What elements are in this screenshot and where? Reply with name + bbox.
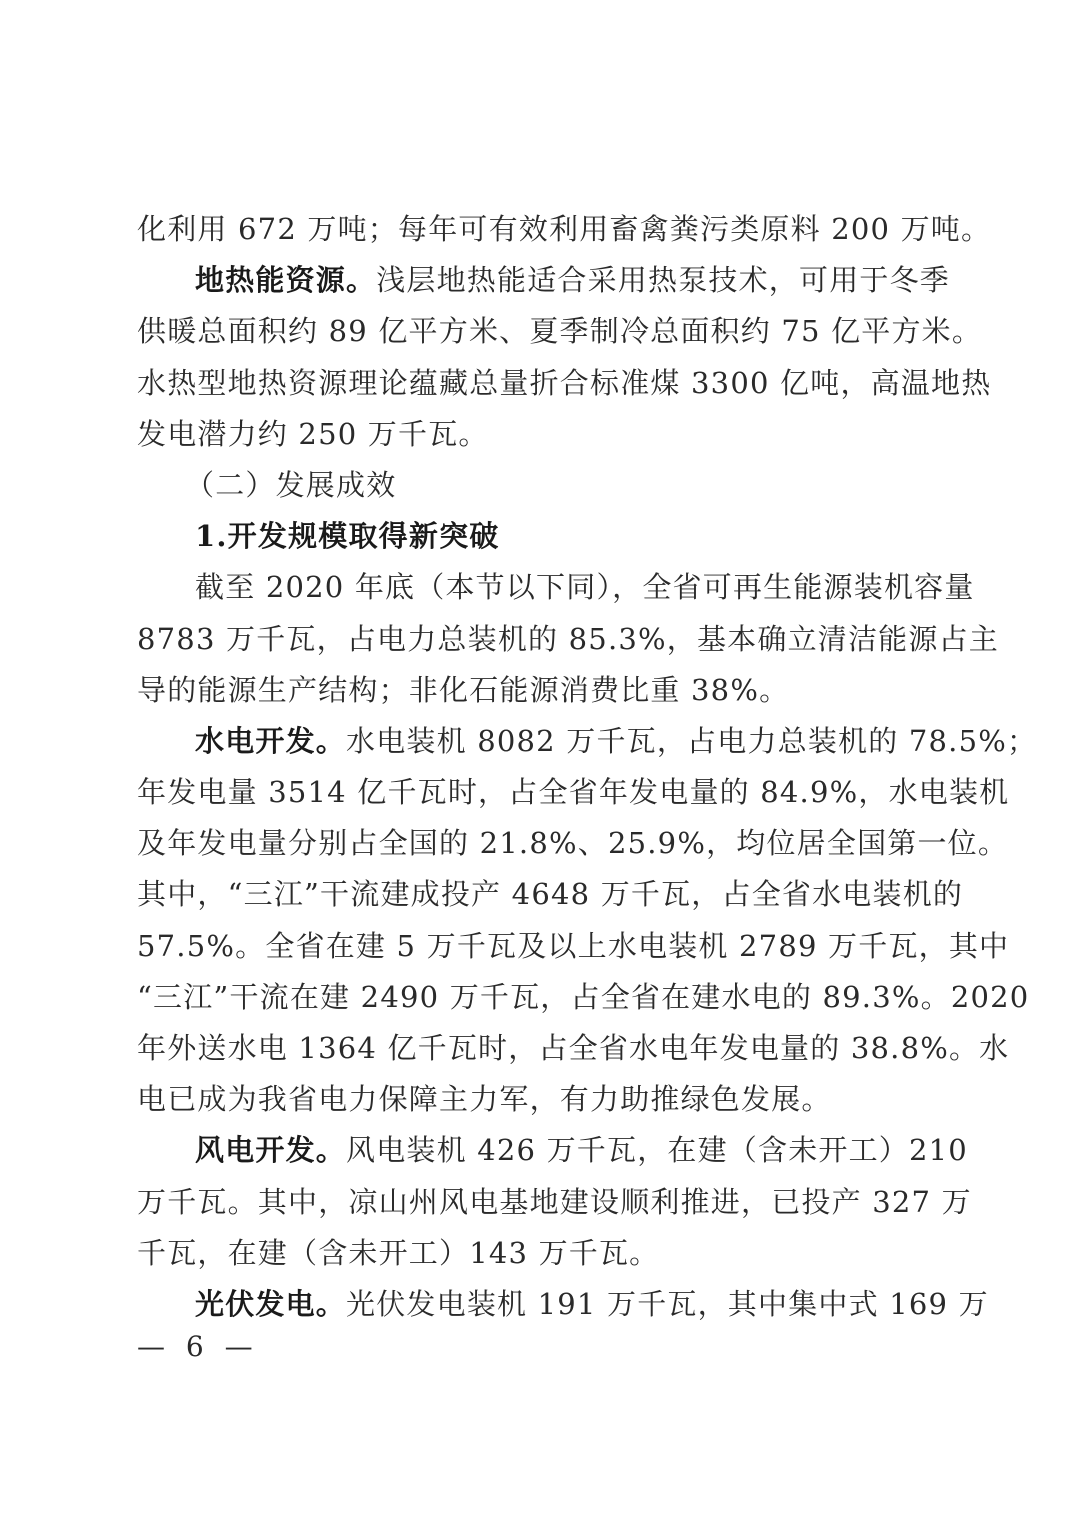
page-number: — 6 — bbox=[137, 1330, 259, 1363]
paragraph-line: 供暖总面积约 89 亿平方米、夏季制冷总面积约 75 亿平方米。 bbox=[137, 306, 921, 357]
paragraph-line: 水热型地热资源理论蕴藏总量折合标准煤 3300 亿吨，高温地热 bbox=[137, 358, 921, 409]
paragraph-line: 风电开发。风电装机 426 万千瓦，在建（含未开工）210 bbox=[137, 1125, 921, 1176]
paragraph-line: 水电开发。水电装机 8082 万千瓦，占电力总装机的 78.5%； bbox=[137, 716, 921, 767]
paragraph-line: 万千瓦。其中，凉山州风电基地建设顺利推进，已投产 327 万 bbox=[137, 1177, 921, 1228]
paragraph-line: 8783 万千瓦，占电力总装机的 85.3%，基本确立清洁能源占主 bbox=[137, 614, 921, 665]
paragraph-line: 年发电量 3514 亿千瓦时，占全省年发电量的 84.9%，水电装机 bbox=[137, 767, 921, 818]
paragraph-line: 及年发电量分别占全国的 21.8%、25.9%，均位居全国第一位。 bbox=[137, 818, 921, 869]
paragraph-lead-hydro: 水电开发。 bbox=[195, 724, 346, 758]
paragraph-line: 光伏发电。光伏发电装机 191 万千瓦，其中集中式 169 万 bbox=[137, 1279, 921, 1330]
paragraph-line: 截至 2020 年底（本节以下同），全省可再生能源装机容量 bbox=[137, 562, 921, 613]
paragraph-line: 千瓦，在建（含未开工）143 万千瓦。 bbox=[137, 1228, 921, 1279]
paragraph-line: 电已成为我省电力保障主力军，有力助推绿色发展。 bbox=[137, 1074, 921, 1125]
paragraph-line: 地热能资源。浅层地热能适合采用热泵技术，可用于冬季 bbox=[137, 255, 921, 306]
paragraph-lead-wind: 风电开发。 bbox=[195, 1133, 346, 1167]
paragraph-line: “三江”干流在建 2490 万千瓦，占全省在建水电的 89.3%。2020 bbox=[137, 972, 921, 1023]
paragraph-text: 浅层地热能适合采用热泵技术，可用于冬季 bbox=[376, 263, 950, 297]
paragraph-lead-solar: 光伏发电。 bbox=[195, 1287, 346, 1321]
paragraph-line: 其中，“三江”干流建成投产 4648 万千瓦，占全省水电装机的 bbox=[137, 869, 921, 920]
paragraph-lead-geothermal: 地热能资源。 bbox=[195, 263, 376, 297]
paragraph-line: 化利用 672 万吨；每年可有效利用畜禽粪污类原料 200 万吨。 bbox=[137, 204, 921, 255]
paragraph-line: 年外送水电 1364 亿千瓦时，占全省水电年发电量的 38.8%。水 bbox=[137, 1023, 921, 1074]
paragraph-line: 57.5%。全省在建 5 万千瓦及以上水电装机 2789 万千瓦，其中 bbox=[137, 921, 921, 972]
paragraph-text: 水电装机 8082 万千瓦，占电力总装机的 78.5%； bbox=[346, 724, 1037, 758]
document-page: 化利用 672 万吨；每年可有效利用畜禽粪污类原料 200 万吨。 地热能资源。… bbox=[137, 204, 921, 1330]
paragraph-line: 导的能源生产结构；非化石能源消费比重 38%。 bbox=[137, 665, 921, 716]
paragraph-line: 发电潜力约 250 万千瓦。 bbox=[137, 409, 921, 460]
paragraph-text: 光伏发电装机 191 万千瓦，其中集中式 169 万 bbox=[346, 1287, 989, 1321]
subsection-heading: 1.开发规模取得新突破 bbox=[137, 511, 921, 562]
section-heading: （二）发展成效 bbox=[137, 460, 921, 511]
paragraph-text: 风电装机 426 万千瓦，在建（含未开工）210 bbox=[346, 1133, 968, 1167]
